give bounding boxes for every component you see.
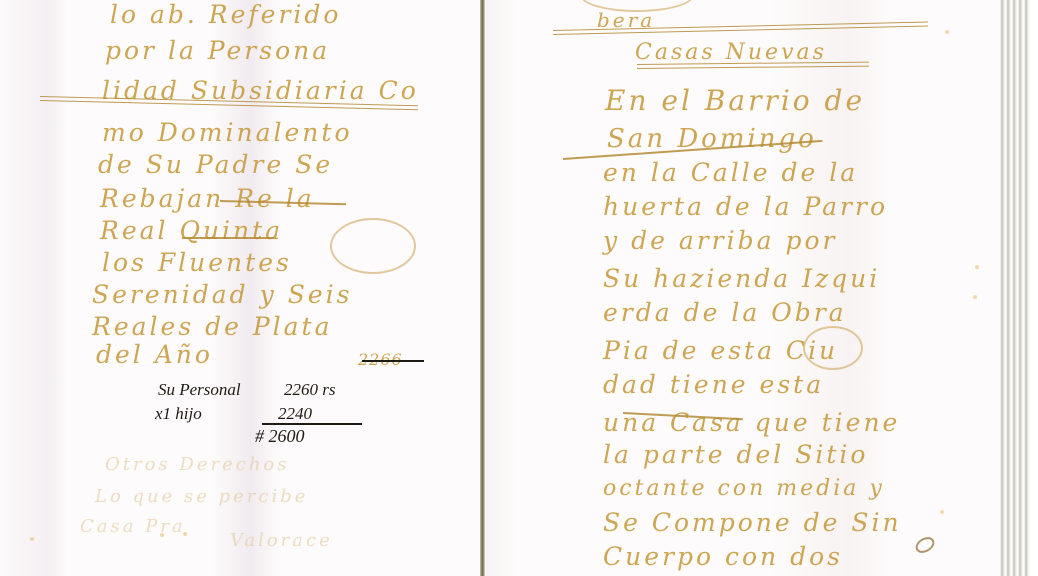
manuscript-line: Rebajan Re la xyxy=(100,184,315,213)
scan-background xyxy=(1030,0,1038,576)
strike-rule xyxy=(182,237,274,239)
tally-total: # 2600 xyxy=(255,426,305,447)
manuscript-line: los Fluentes xyxy=(102,248,292,277)
manuscript-line: de Su Padre Se xyxy=(98,150,333,179)
manuscript-line: erda de la Obra xyxy=(603,298,847,327)
flourish-ornament xyxy=(803,326,863,370)
ink-blot xyxy=(913,534,937,556)
tally-amount: 2260 rs xyxy=(284,380,335,400)
foxing-spot xyxy=(30,537,34,541)
manuscript-line: Serenidad y Seis xyxy=(92,280,352,309)
manuscript-line: Su hazienda Izqui xyxy=(603,264,880,293)
page-edge-stack xyxy=(1000,0,1032,576)
tally-label: Su Personal xyxy=(158,380,241,400)
manuscript-line: Cuerpo con dos xyxy=(603,542,843,571)
tally-label: x1 hijo xyxy=(155,404,202,424)
foxing-spot xyxy=(945,30,949,34)
foxing-spot xyxy=(160,533,164,537)
section-title: Casas Nuevas xyxy=(635,40,827,65)
manuscript-spread: lo ab. Referido por la Persona lidad Sub… xyxy=(0,0,1038,576)
foxing-spot xyxy=(975,265,979,269)
foxing-spot xyxy=(940,510,944,514)
manuscript-line: en la Calle de la xyxy=(603,158,858,187)
foxing-spot xyxy=(973,295,977,299)
manuscript-line: octante con media y xyxy=(603,476,885,501)
bleed-through-text: Lo que se percibe xyxy=(95,486,308,507)
sum-rule xyxy=(262,423,362,425)
manuscript-line: Real Quinta xyxy=(100,216,283,245)
manuscript-line: dad tiene esta xyxy=(603,370,824,399)
bleed-through-text: Valorace xyxy=(230,530,333,551)
manuscript-line: En el Barrio de xyxy=(605,84,865,117)
left-page: lo ab. Referido por la Persona lidad Sub… xyxy=(0,0,482,576)
manuscript-line: Reales de Plata xyxy=(92,312,333,341)
bleed-through-text: Otros Derechos xyxy=(105,454,289,475)
foxing-spot xyxy=(183,532,187,536)
manuscript-line: la parte del Sitio xyxy=(603,440,868,469)
tally-amount: 2240 xyxy=(278,404,312,424)
manuscript-line: mo Dominalento xyxy=(102,118,353,147)
manuscript-line: Se Compone de Sin xyxy=(603,508,902,537)
flourish-ornament xyxy=(330,218,416,274)
manuscript-line: por la Persona xyxy=(105,36,330,65)
manuscript-line: huerta de la Parro xyxy=(603,192,888,221)
right-page: bera Casas Nuevas En el Barrio de San Do… xyxy=(485,0,1005,576)
bleed-through-text: Casa Pra xyxy=(80,516,186,537)
manuscript-line: y de arriba por xyxy=(603,226,837,255)
manuscript-line: lo ab. Referido xyxy=(110,0,341,29)
manuscript-line: del Año xyxy=(96,340,213,369)
strike-rule xyxy=(362,360,424,362)
